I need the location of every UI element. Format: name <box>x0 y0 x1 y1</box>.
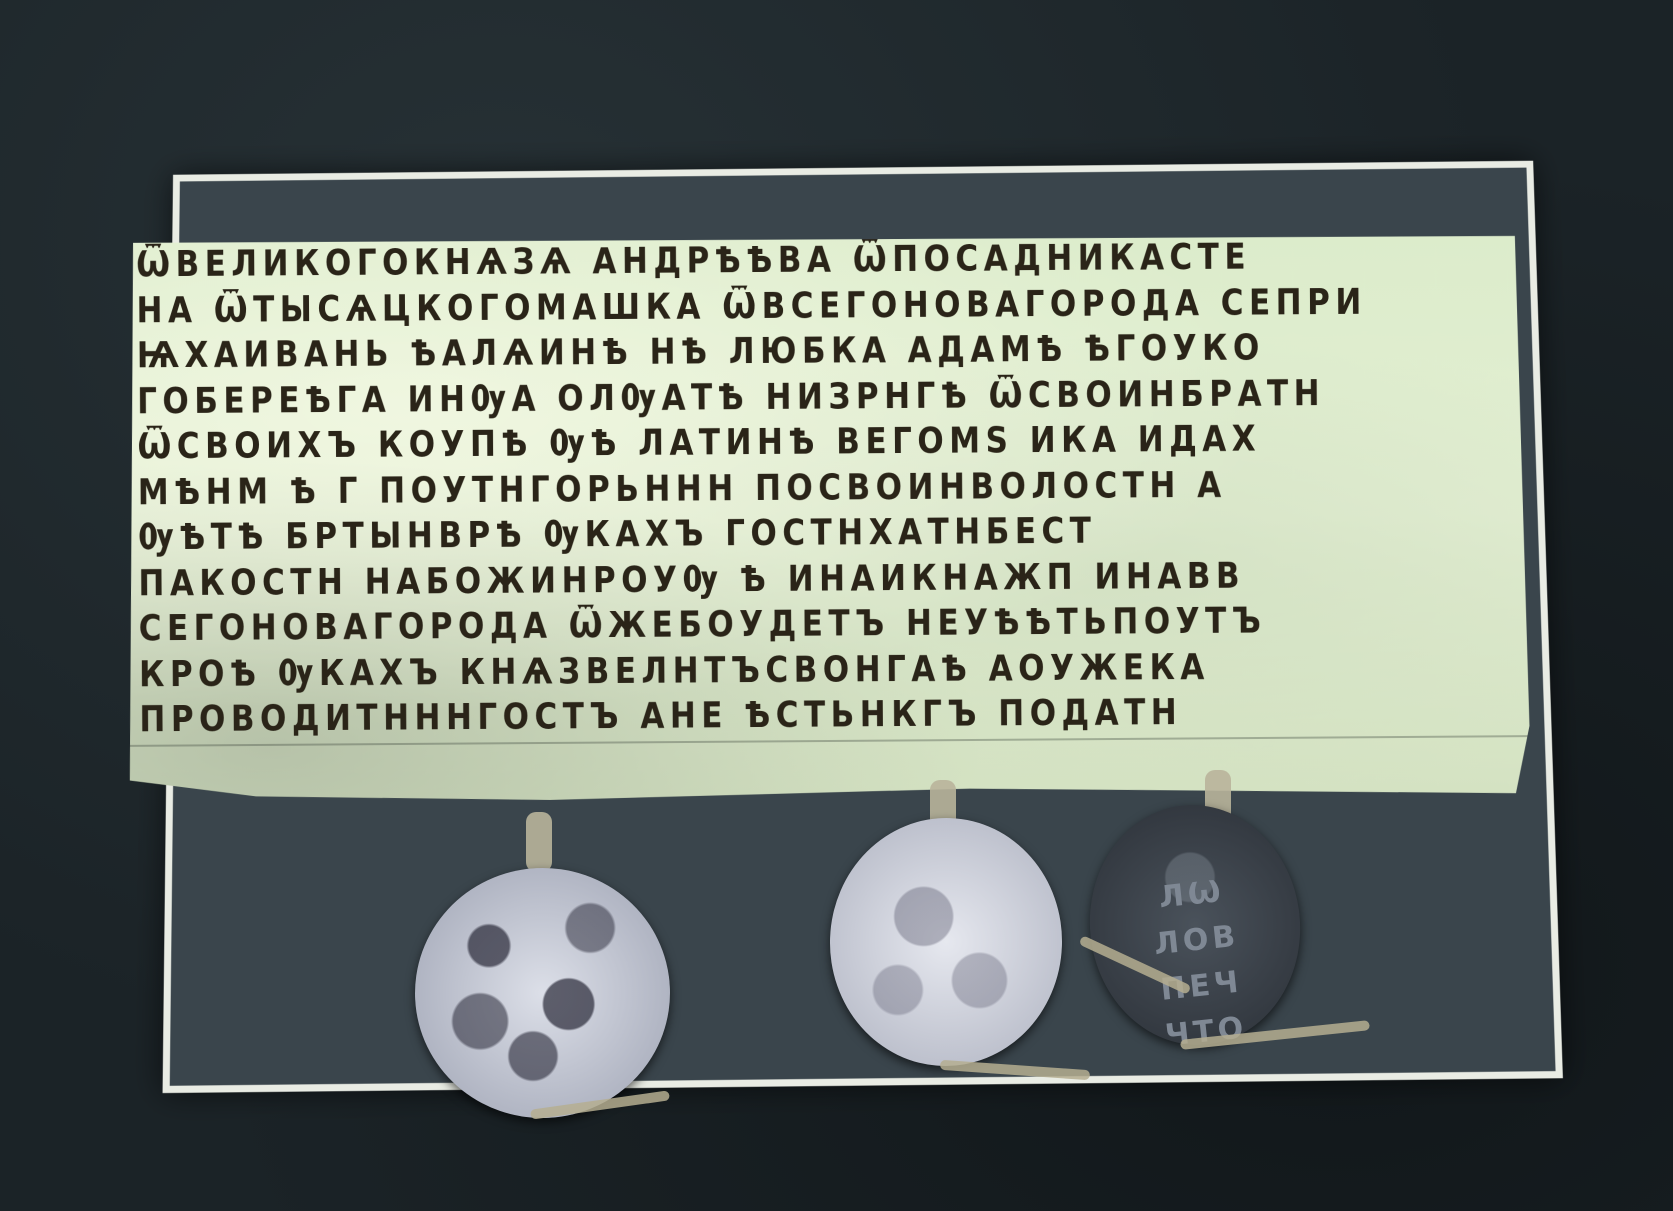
seal-cord <box>526 812 552 872</box>
seal-inscription <box>412 931 667 944</box>
manuscript-line: проводитнннгостъ ане ѣстьнкгъ податн <box>139 685 1517 747</box>
parchment-charter: ѿвеликогокнѧзѧ андрѣѣва ѿпосадникасте на… <box>126 233 1530 803</box>
manuscript-text: ѿвеликогокнѧзѧ андрѣѣва ѿпосадникасте на… <box>136 233 1517 743</box>
seal-inscription <box>832 883 1064 891</box>
